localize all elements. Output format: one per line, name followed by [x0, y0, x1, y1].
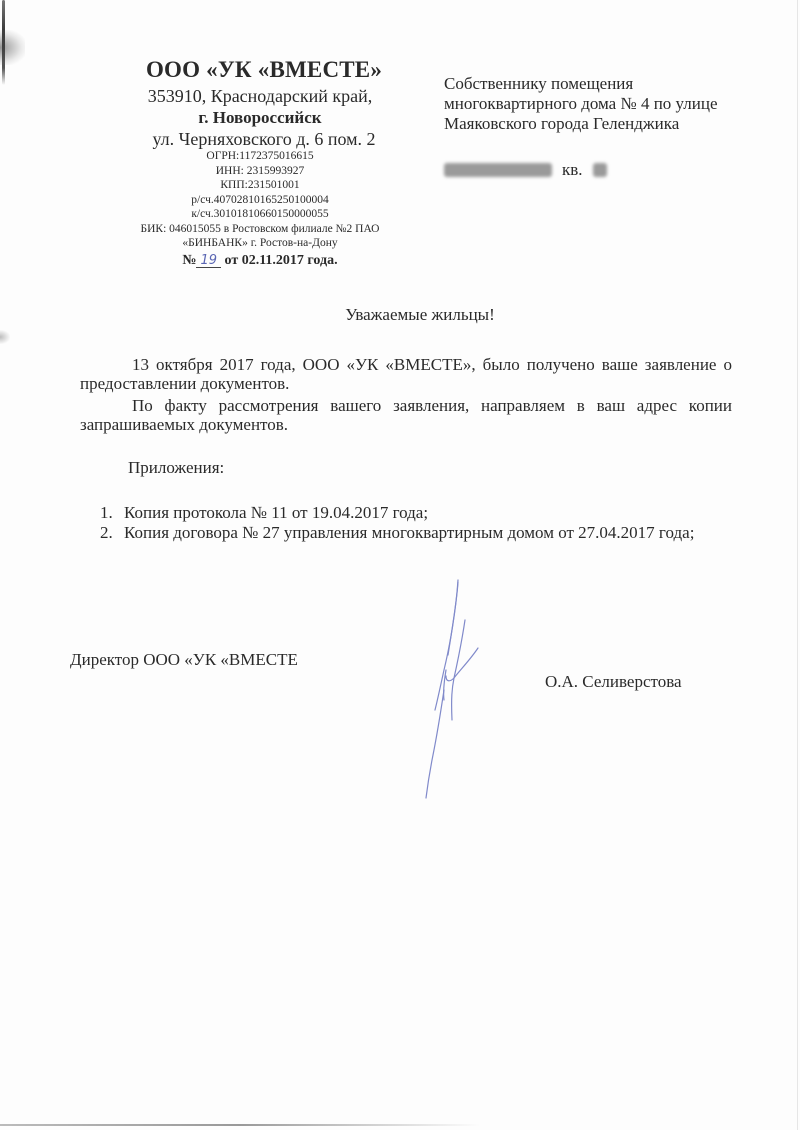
recipient-apartment-row: кв. — [444, 160, 764, 180]
scanned-letter-page: ООО «УК «ВМЕСТЕ» 353910, Краснодарский к… — [0, 0, 800, 1130]
redacted-street-address — [444, 163, 552, 177]
scan-artifact-smudge — [0, 30, 25, 65]
sender-letterhead: ООО «УК «ВМЕСТЕ» 353910, Краснодарский к… — [100, 58, 420, 268]
sender-settlement-account: р/сч.40702810165250100004 — [100, 195, 420, 207]
attachment-item: 1. Копия протокола № 11 от 19.04.2017 го… — [100, 503, 732, 523]
signatory-name: О.А. Селиверстова — [545, 672, 682, 692]
attachment-text: Копия договора № 27 управления многоквар… — [124, 523, 694, 542]
sender-bank-line-2: «БИНБАНК» г. Ростов-на-Дону — [100, 238, 420, 250]
recipient-line-1: Собственнику помещения — [444, 74, 764, 94]
attachment-text: Копия протокола № 11 от 19.04.2017 года; — [124, 503, 428, 522]
attachment-number: 2. — [100, 523, 113, 543]
document-number-date: №19 от 02.11.2017 года. — [100, 254, 420, 268]
recipient-line-2: многоквартирного дома № 4 по улице — [444, 94, 764, 114]
body-paragraph-1: 13 октября 2017 года, ООО «УК «ВМЕСТЕ», … — [80, 355, 732, 394]
letter-greeting: Уважаемые жильцы! — [0, 305, 800, 325]
attachment-item: 2. Копия договора № 27 управления многок… — [100, 523, 732, 543]
scan-artifact-bottom-edge — [0, 1124, 480, 1126]
recipient-block: Собственнику помещения многоквартирного … — [444, 74, 764, 180]
sender-inn: ИНН: 2315993927 — [100, 166, 420, 178]
attachments-heading: Приложения: — [128, 458, 224, 478]
letter-body: 13 октября 2017 года, ООО «УК «ВМЕСТЕ», … — [80, 355, 732, 435]
body-paragraph-2: По факту рассмотрения вашего заявления, … — [80, 396, 732, 435]
apartment-label: кв. — [562, 160, 583, 180]
redacted-apartment-number — [593, 163, 607, 177]
recipient-line-3: Маяковского города Геленджика — [444, 114, 764, 134]
sender-ogrn: ОГРН:1172375016615 — [100, 151, 420, 163]
document-number-sign: № — [182, 253, 196, 268]
scan-artifact-right-edge — [797, 0, 798, 1130]
attachments-list: 1. Копия протокола № 11 от 19.04.2017 го… — [100, 503, 732, 542]
document-date: от 02.11.2017 года. — [225, 253, 338, 268]
sender-street: ул. Черняховского д. 6 пом. 2 — [108, 130, 420, 148]
sender-bank-line-1: БИК: 046015055 в Ростовском филиале №2 П… — [100, 224, 420, 236]
handwritten-signature-icon — [410, 570, 510, 800]
sender-city: г. Новороссийск — [100, 109, 420, 126]
handwritten-document-number: 19 — [196, 254, 221, 268]
sender-org-name: ООО «УК «ВМЕСТЕ» — [108, 58, 420, 81]
scan-artifact-smudge — [0, 330, 10, 344]
sender-address: 353910, Краснодарский край, — [100, 87, 420, 105]
sender-correspondent-account: к/сч.30101810660150000055 — [100, 209, 420, 221]
sender-kpp: КПП:231501001 — [100, 180, 420, 192]
attachment-number: 1. — [100, 503, 113, 523]
signatory-title: Директор ООО «УК «ВМЕСТЕ — [70, 650, 298, 670]
